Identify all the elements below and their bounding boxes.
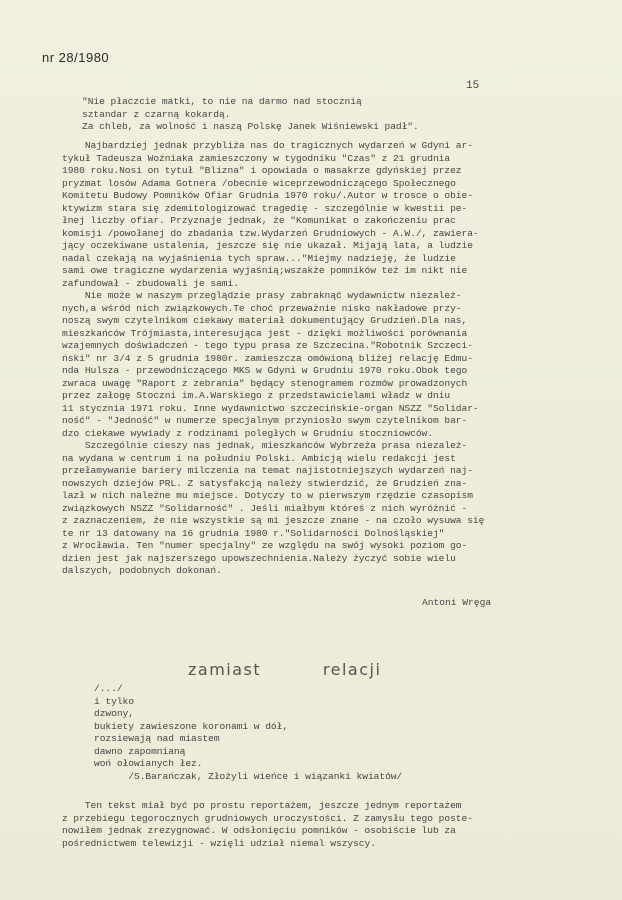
issue-number: nr 28/1980 [42, 50, 109, 65]
page-number: 15 [466, 80, 479, 92]
epigraph: "Nie płaczcie matki, to nie na darmo nad… [82, 96, 419, 134]
epigraph-line: Za chleb, za wolność i naszą Polskę Jane… [82, 121, 419, 134]
article-body: Najbardziej jednak przybliża nas do trag… [62, 140, 484, 578]
section-body: Ten tekst miał być po prostu reportażem,… [62, 800, 473, 850]
section-paragraph: Ten tekst miał być po prostu reportażem,… [62, 800, 473, 850]
article-paragraph: Najbardziej jednak przybliża nas do trag… [62, 140, 484, 290]
epigraph-line: sztandar z czarną kokardą. [82, 109, 419, 122]
poem-quote: /.../ i tylko dzwony, bukiety zawieszone… [94, 683, 402, 783]
poem-text: /.../ i tylko dzwony, bukiety zawieszone… [94, 683, 402, 783]
article-paragraph: Szczególnie cieszy nas jednak, mieszkańc… [62, 440, 484, 578]
scanned-page: nr 28/1980 15 "Nie płaczcie matki, to ni… [0, 0, 622, 900]
article-paragraph: Nie może w naszym przeglądzie prasy zabr… [62, 290, 484, 440]
author-signature: Antoni Wręga [422, 597, 491, 608]
section-title: zamiast relacji [188, 660, 381, 679]
epigraph-line: "Nie płaczcie matki, to nie na darmo nad… [82, 96, 419, 109]
